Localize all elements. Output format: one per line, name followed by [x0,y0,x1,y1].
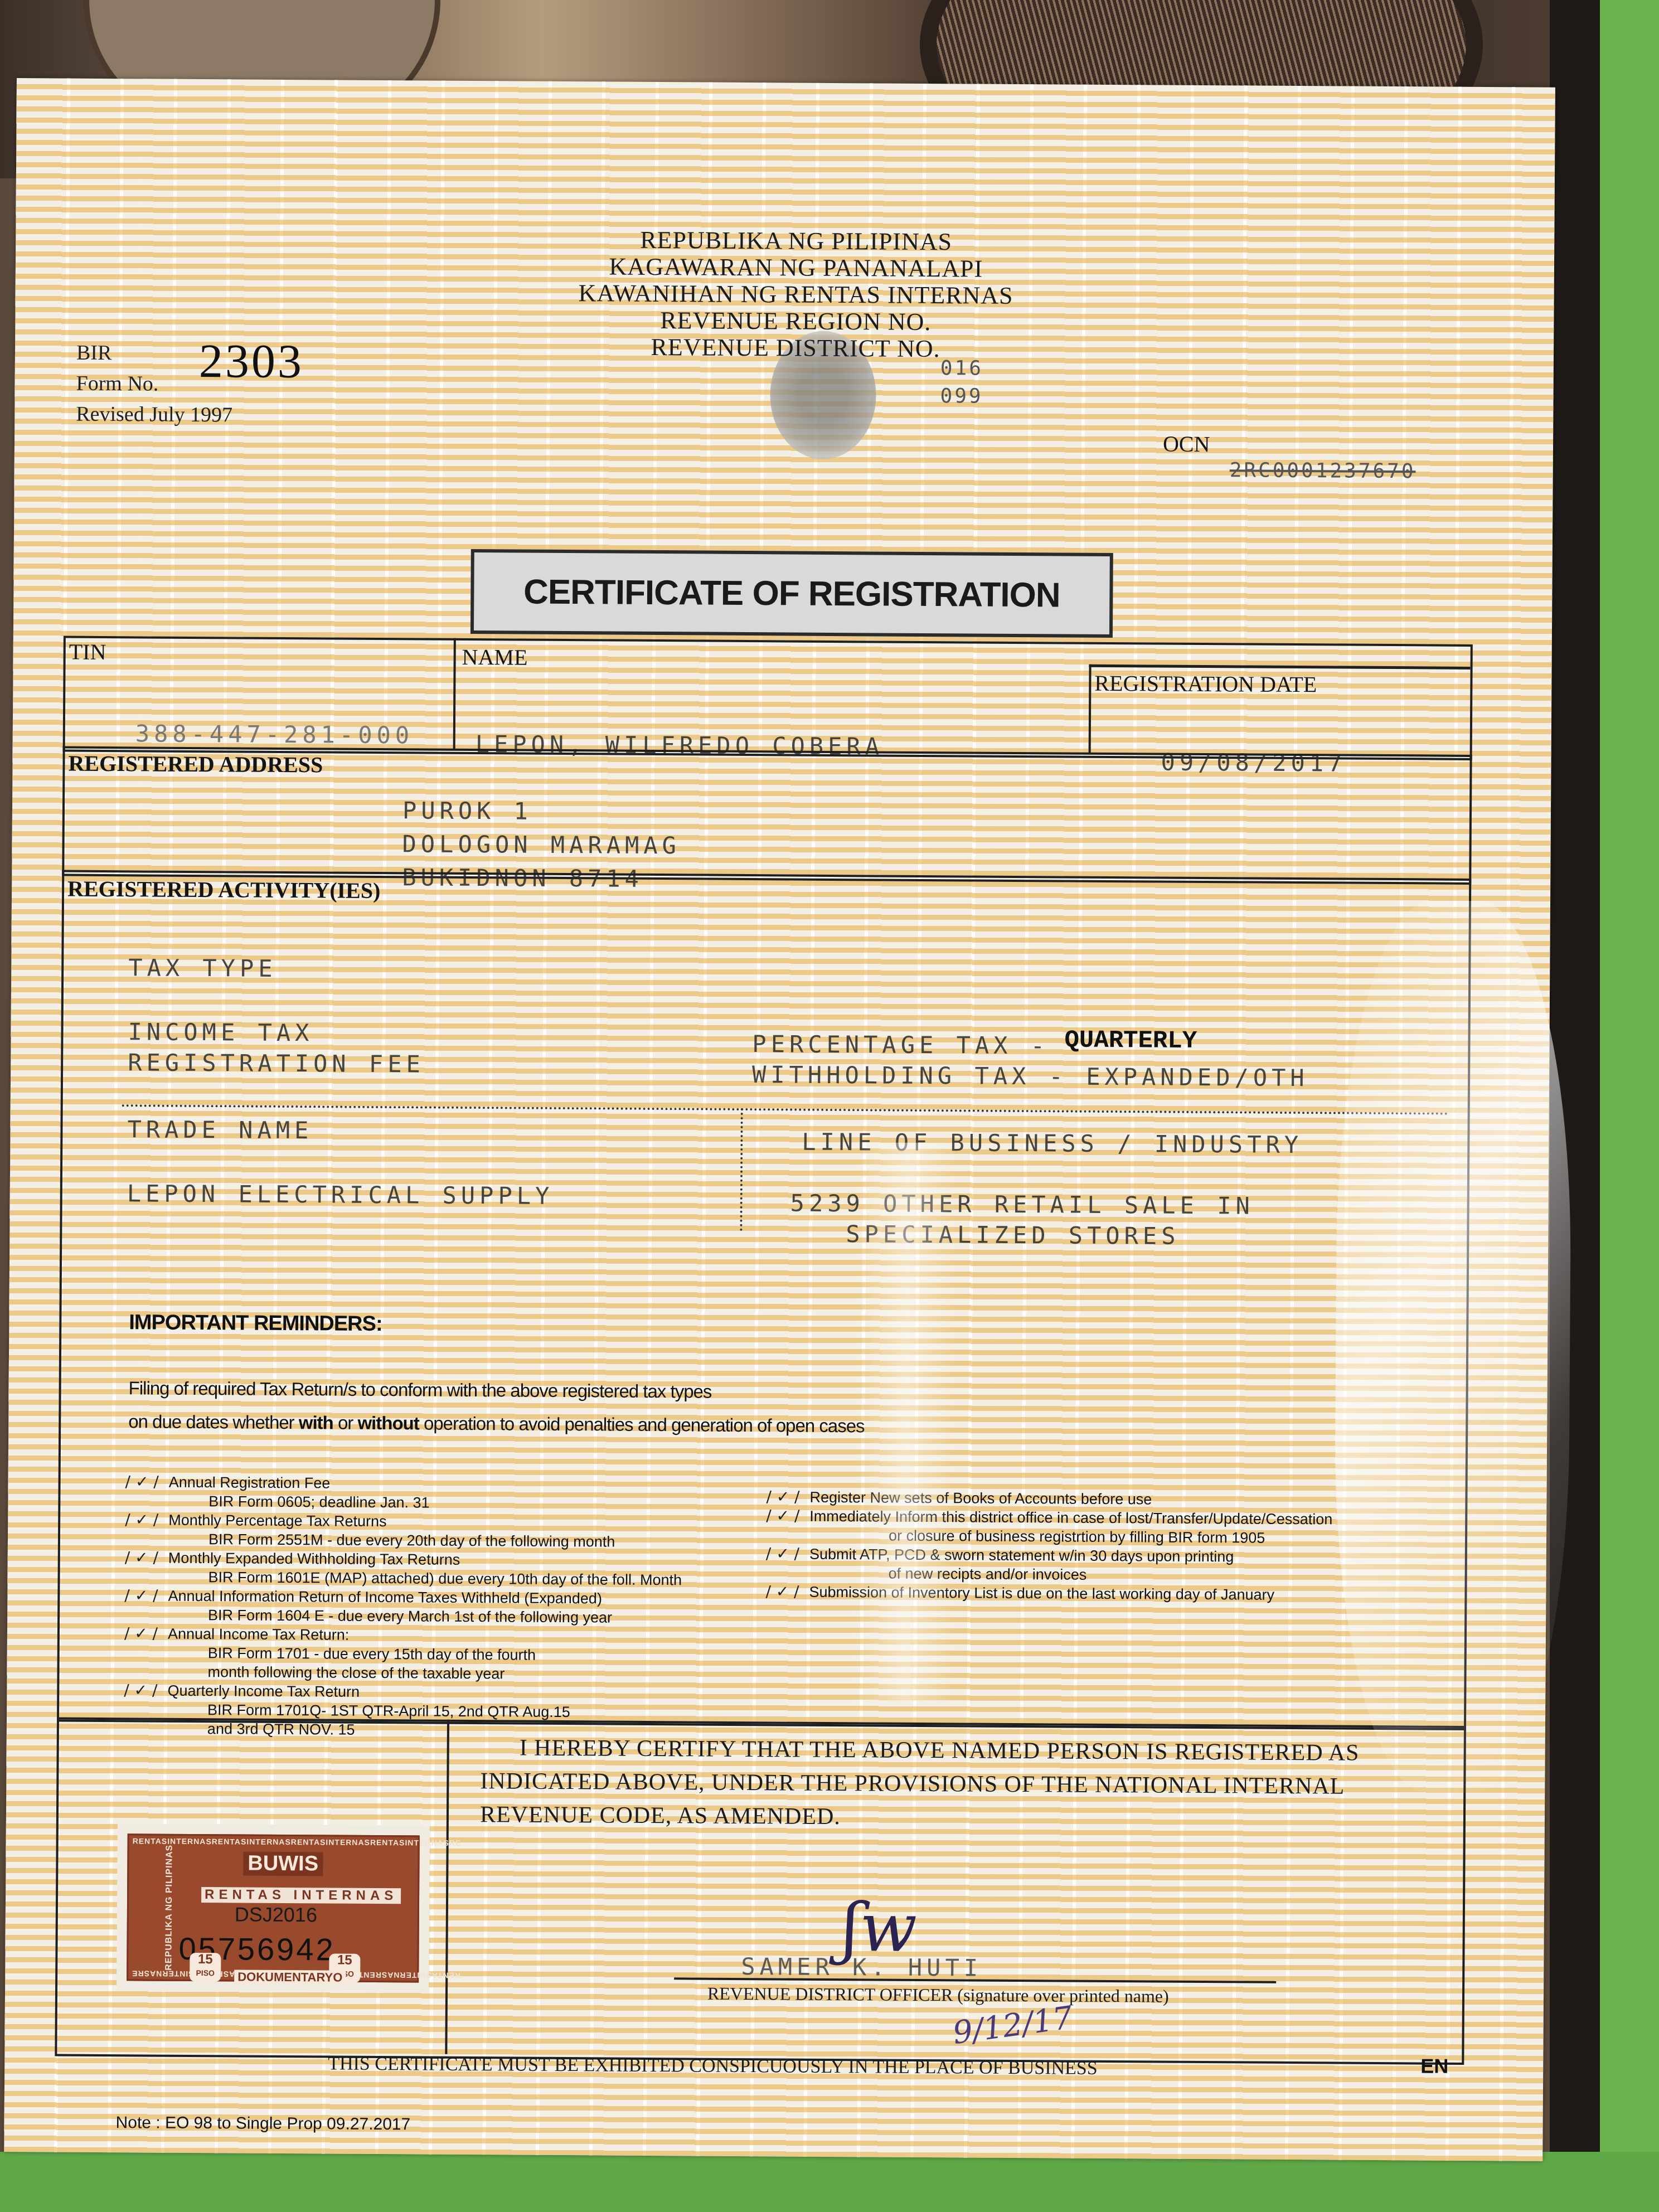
registration-date-label: REGISTRATION DATE [1094,670,1317,697]
officer-name: SAMER K. HUTI [741,1953,982,1982]
header-line-2: KAGAWARAN NG PANANALAPI [517,253,1075,283]
header-line-4: REVENUE REGION NO. [517,306,1074,336]
stamp-dokumentaryo: DOKUMENTARYO [234,1970,346,1985]
certificate-document: REPUBLIKA NG PILIPINAS KAGAWARAN NG PANA… [4,78,1555,2161]
name-label: NAME [462,644,528,671]
intro-with: with [299,1412,333,1433]
form-number: 2303 [199,333,304,389]
reminders-heading: IMPORTANT REMINDERS: [129,1311,382,1336]
tax-type-label: TAX TYPE [128,954,277,982]
stamp-rentas: RENTAS INTERNAS [201,1887,401,1904]
stamp-face: RENTASINTERNASRENTASINTERNASRENTASINTERN… [127,1833,420,1982]
form-no-label: Form No. [76,371,159,396]
dotted-divider-vertical [740,1108,745,1231]
footer-code: EN [1420,2054,1448,2078]
plastic-glare [1333,900,1573,1794]
stamp-value-left: 15PISO [190,1953,221,1982]
footer-note: Note : EO 98 to Single Prop 09.27.2017 [115,2113,410,2134]
agency-header: REPUBLIKA NG PILIPINAS KAGAWARAN NG PANA… [517,226,1075,363]
address-line-1: PUROK 1 [402,797,532,824]
quarterly-stamp: QUARTERLY [1064,1027,1197,1055]
exhibit-notice: THIS CERTIFICATE MUST BE EXHIBITED CONSP… [328,2053,1098,2079]
green-wall [1600,0,1659,2212]
stamp-value: 15 [329,1953,360,1967]
intro-without: without [357,1413,419,1434]
check-mark-icon: / ✓ / [766,1544,799,1563]
reminder-title: Monthly Expanded Withholding Tax Returns [168,1550,460,1568]
tin-value: 388-447-281-000 [135,720,414,749]
check-mark-icon: / ✓ / [125,1510,158,1529]
reminder-title: Monthly Percentage Tax Returns [168,1512,386,1530]
registered-activities-label: REGISTERED ACTIVITY(IES) [67,876,381,904]
check-mark-icon: / ✓ / [766,1487,799,1506]
trade-name-label: TRADE NAME [127,1115,313,1144]
registered-address-label: REGISTERED ADDRESS [68,750,323,778]
reminder-title: Annual Income Tax Return: [168,1626,349,1643]
tax-type-registration-fee: REGISTRATION FEE [128,1049,425,1078]
check-mark-icon: / ✓ / [124,1586,158,1604]
reminder-title: Annual Registration Fee [169,1474,331,1492]
stamp-value: 15 [190,1953,221,1966]
reminders-intro-line-1: Filing of required Tax Return/s to confo… [129,1377,712,1402]
plastic-glare [854,1142,958,1700]
certificate-title: CERTIFICATE OF REGISTRATION [470,549,1113,638]
check-mark-icon: / ✓ / [124,1681,157,1699]
check-mark-icon: / ✓ / [125,1548,158,1566]
green-ledge [0,2152,1659,2212]
reminder-title: Quarterly Income Tax Return [167,1682,360,1700]
tax-type-income-tax: INCOME TAX [128,1018,313,1046]
stamp-currency: PISO [190,1966,221,1980]
stamp-code: DSJ2016 [235,1903,317,1927]
reminders-left-list: / ✓ /Annual Registration FeeBIR Form 060… [124,1472,767,1742]
stamp-border-text: RENTASINTERNASRENTASINTERNASRENTASINTERN… [133,1836,462,1847]
bir-label: BIR [76,341,112,365]
revenue-district-number-2: 099 [940,385,983,408]
certification-text: I HEREBY CERTIFY THAT THE ABOVE NAMED PE… [480,1731,1428,1837]
tax-type-percentage-tax: PERCENTAGE TAX - [752,1030,1049,1059]
intro-text: on due dates whether [128,1411,299,1433]
check-mark-icon: / ✓ / [766,1506,799,1525]
header-line-3: KAWANIHAN NG RENTAS INTERNAS [517,279,1075,309]
intro-rest: operation to avoid penalties and generat… [419,1413,865,1436]
reminders-intro-line-2: on due dates whether with or without ope… [128,1411,865,1437]
revenue-district-number: 016 [940,357,983,380]
stamp-side-text: REPUBLIKA NG PILIPINAS [164,1845,174,1971]
header-line-5: REVENUE DISTRICT NO. [517,333,1074,363]
check-mark-icon: / ✓ / [125,1472,159,1491]
form-revision: Revised July 1997 [76,402,232,428]
officer-title: REVENUE DISTRICT OFFICER (signature over… [707,1983,1169,2007]
check-mark-icon: / ✓ / [765,1582,799,1600]
ocn-label: OCN [1163,431,1210,458]
reminder-title: Annual Information Return of Income Taxe… [168,1588,602,1607]
intro-or: or [333,1413,358,1433]
check-mark-icon: / ✓ / [124,1624,158,1642]
header-line-1: REPUBLIKA NG PILIPINAS [517,226,1075,256]
tax-type-withholding-expanded: WITHHOLDING TAX - EXPANDED/OTH [752,1061,1309,1092]
trade-name-value: LEPON ELECTRICAL SUPPLY [127,1180,554,1210]
documentary-stamp: RENTASINTERNASRENTASINTERNASRENTASINTERN… [117,1823,430,1992]
address-line-2: DOLOGON MARAMAG [402,830,681,859]
stamp-title: BUWIS [243,1852,323,1876]
ocn-value: 2RC0001237670 [1230,459,1416,483]
tin-label: TIN [69,639,106,665]
